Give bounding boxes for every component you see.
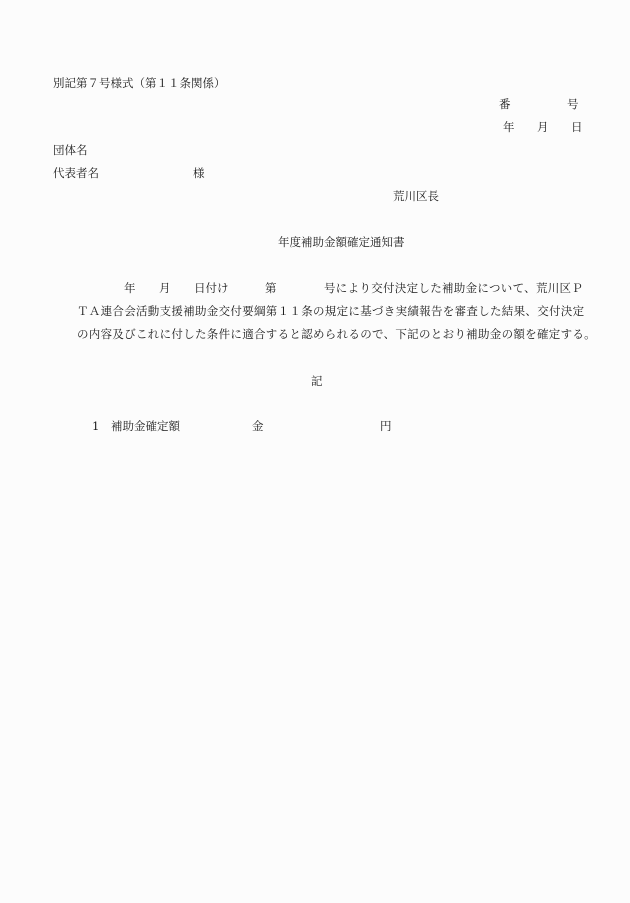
body-line-2: ＴＡ連合会活動支援補助金交付要綱第１１条の規定に基づき実績報告を審査した結果、交… <box>77 304 584 318</box>
body-date-suffix: 日付け <box>194 281 229 295</box>
body-line-1: 号により交付決定した補助金について、荒川区Ｐ <box>324 281 583 295</box>
issuer-name: 荒川区長 <box>393 189 439 203</box>
body-number-prefix: 第 <box>265 281 277 295</box>
organization-label: 団体名 <box>53 143 88 157</box>
amount-suffix-yen: 円 <box>380 419 392 433</box>
document-title: 年度補助金額確定通知書 <box>278 235 405 249</box>
date-day-label: 日 <box>571 120 583 134</box>
ki-heading: 記 <box>311 374 323 388</box>
reference-number-suffix: 号 <box>567 97 579 111</box>
date-year-label: 年 <box>503 120 515 134</box>
amount-prefix: 金 <box>252 419 264 433</box>
reference-number-prefix: 番 <box>499 97 511 111</box>
representative-label: 代表者名 <box>53 166 99 180</box>
body-month-label: 月 <box>159 281 171 295</box>
item-number: 1 <box>92 419 99 433</box>
document-page: 別記第７号様式（第１１条関係） 番 号 年 月 日 団体名 代表者名 様 荒川区… <box>0 0 630 903</box>
body-year-label: 年 <box>124 281 136 295</box>
date-month-label: 月 <box>537 120 549 134</box>
honorific-sama: 様 <box>193 166 205 180</box>
item-label: 補助金確定額 <box>111 419 180 433</box>
body-line-3: の内容及びこれに付した条件に適合すると認められるので、下記のとおり補助金の額を確… <box>77 327 596 341</box>
form-label: 別記第７号様式（第１１条関係） <box>53 76 226 90</box>
